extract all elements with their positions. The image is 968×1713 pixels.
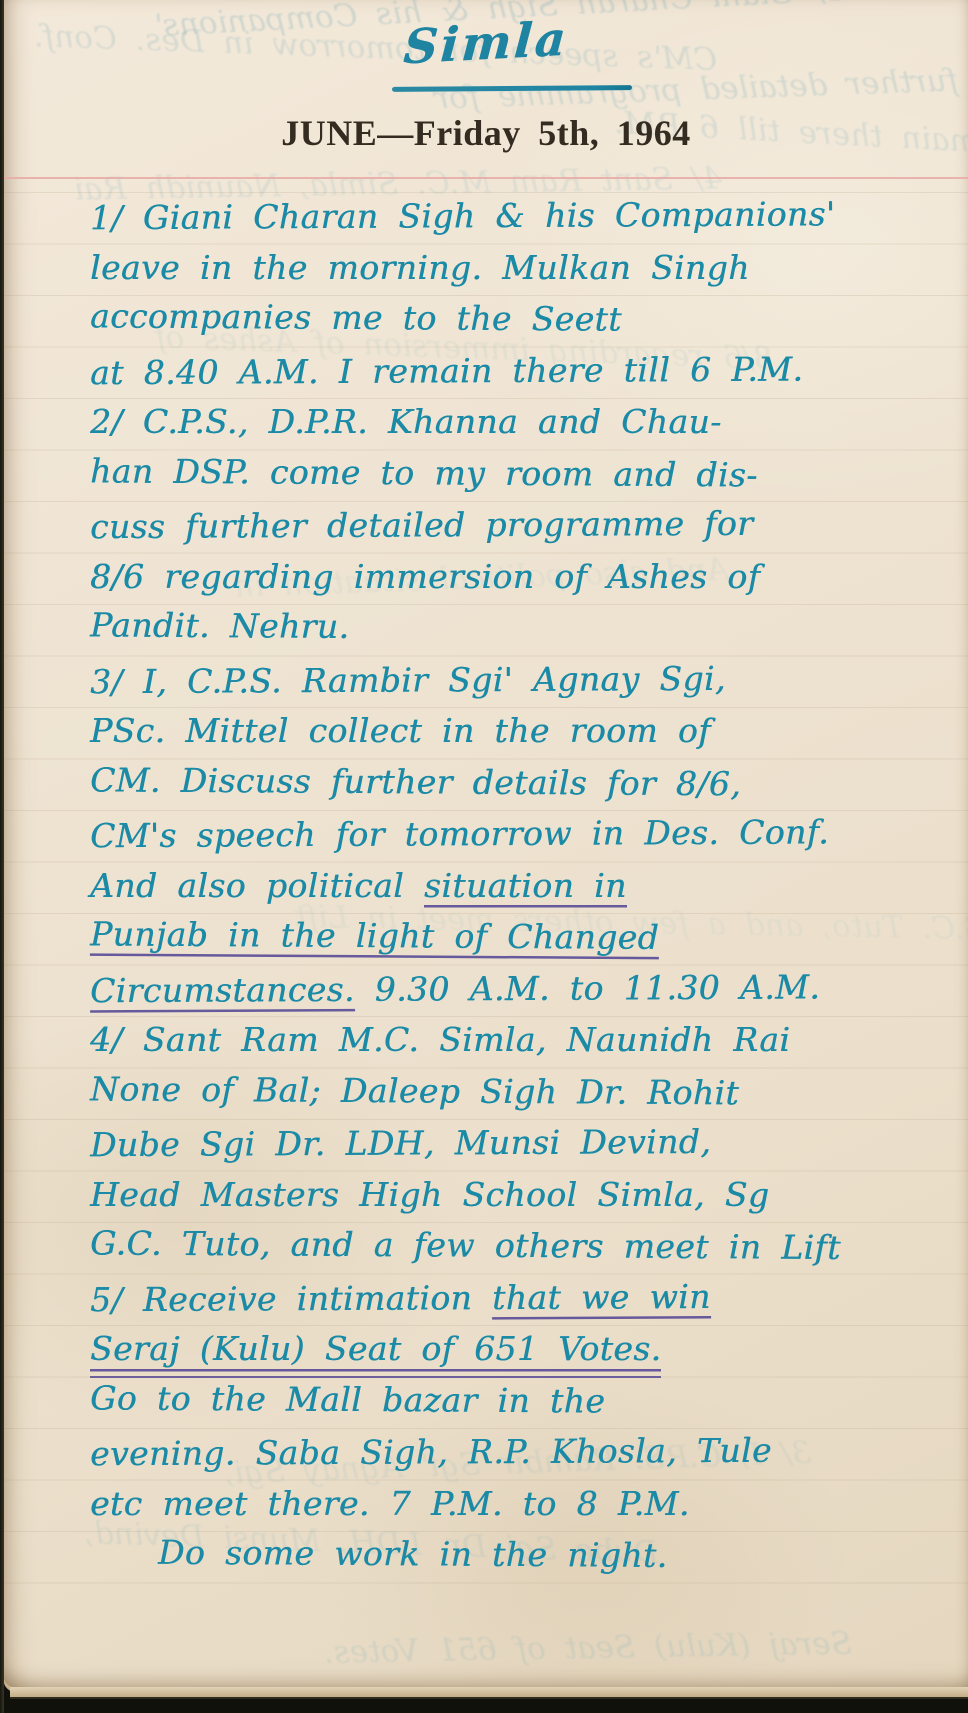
diary-text: Go to the Mall bazar in the bbox=[90, 1378, 605, 1420]
diary-body: 1/ Giani Charan Sigh & his Companions'le… bbox=[90, 190, 948, 1581]
handwritten-location-title: Simla bbox=[4, 0, 968, 96]
underlined-phrase: Circumstances. bbox=[90, 969, 355, 1014]
diary-line: evening. Saba Sigh, R.P. Khosla, Tule bbox=[90, 1424, 948, 1480]
printed-date-header: JUNE—Friday 5th, 1964 bbox=[4, 112, 968, 154]
diary-line: And also political situation in bbox=[90, 860, 948, 912]
diary-page-photo: 1/ Giani Charan Sigh & his Companions'CM… bbox=[0, 0, 968, 1713]
diary-line: Punjab in the light of Changed bbox=[90, 908, 948, 965]
diary-line: Head Masters High School Simla, Sg bbox=[90, 1169, 948, 1221]
diary-paper-page: 1/ Giani Charan Sigh & his Companions'CM… bbox=[4, 0, 968, 1692]
diary-text: evening. Saba Sigh, R.P. Khosla, Tule bbox=[90, 1431, 772, 1474]
diary-line: accompanies me to the Seett bbox=[90, 290, 948, 347]
diary-text: 1/ Giani Charan Sigh & his Companions' bbox=[90, 194, 836, 237]
diary-line: cuss further detailed programme for bbox=[90, 497, 948, 553]
diary-text: PSc. Mittel collect in the room of bbox=[90, 711, 711, 750]
diary-line: None of Bal; Daleep Sigh Dr. Rohit bbox=[90, 1063, 948, 1120]
diary-line: 5/ Receive intimation that we win bbox=[90, 1269, 948, 1325]
diary-text: 3/ I, C.P.S. Rambir Sgi' Agnay Sgi, bbox=[90, 658, 726, 700]
diary-text: 9.30 A.M. to 11.30 A.M. bbox=[355, 967, 821, 1008]
diary-line: 8/6 regarding immersion of Ashes of bbox=[90, 551, 948, 603]
diary-line: 2/ C.P.S., D.P.R. Khanna and Chau- bbox=[90, 396, 948, 448]
diary-text: Head Masters High School Simla, Sg bbox=[90, 1175, 769, 1214]
diary-text: 4/ Sant Ram M.C. Simla, Naunidh Rai bbox=[90, 1020, 790, 1059]
underlined-phrase: Punjab in the light of Changed bbox=[90, 914, 659, 961]
diary-text: Pandit. Nehru. bbox=[90, 605, 350, 646]
diary-text: accompanies me to the Seett bbox=[90, 296, 622, 338]
diary-text: Do some work in the night. bbox=[158, 1533, 668, 1575]
diary-line: Seraj (Kulu) Seat of 651 Votes. bbox=[90, 1323, 948, 1375]
diary-text: cuss further detailed programme for bbox=[90, 504, 753, 546]
diary-text: CM. Discuss further details for 8/6, bbox=[90, 760, 741, 803]
diary-text: G.C. Tuto, and a few others meet in Lift bbox=[90, 1223, 841, 1267]
ghost-text: Seraj (Kulu) Seat of 651 Votes. bbox=[324, 1625, 852, 1670]
page-bottom-edge bbox=[10, 1687, 968, 1697]
diary-line: han DSP. come to my room and dis- bbox=[90, 445, 948, 502]
diary-text: han DSP. come to my room and dis- bbox=[90, 451, 758, 494]
diary-text: 2/ C.P.S., D.P.R. Khanna and Chau- bbox=[90, 402, 722, 441]
diary-text: etc meet there. 7 P.M. to 8 P.M. bbox=[90, 1484, 690, 1523]
diary-line: etc meet there. 7 P.M. to 8 P.M. bbox=[90, 1478, 948, 1530]
diary-line: PSc. Mittel collect in the room of bbox=[90, 705, 948, 757]
diary-line: Circumstances. 9.30 A.M. to 11.30 A.M. bbox=[90, 960, 948, 1016]
title-underline-stroke bbox=[392, 85, 632, 92]
diary-line: 3/ I, C.P.S. Rambir Sgi' Agnay Sgi, bbox=[90, 651, 948, 707]
diary-line: 1/ Giani Charan Sigh & his Companions' bbox=[90, 188, 948, 244]
diary-text: at 8.40 A.M. I remain there till 6 P.M. bbox=[90, 349, 803, 392]
underlined-phrase: Seraj (Kulu) Seat of 651 Votes. bbox=[90, 1329, 661, 1378]
diary-text: None of Bal; Daleep Sigh Dr. Rohit bbox=[90, 1069, 739, 1112]
diary-line: CM's speech for tomorrow in Des. Conf. bbox=[90, 806, 948, 862]
diary-text: leave in the morning. Mulkan Singh bbox=[90, 248, 750, 287]
underlined-phrase: situation in bbox=[424, 866, 627, 910]
pink-margin-rule bbox=[4, 177, 968, 179]
diary-line: Pandit. Nehru. bbox=[90, 599, 948, 656]
diary-text: CM's speech for tomorrow in Des. Conf. bbox=[90, 812, 829, 855]
diary-text: 5/ Receive intimation bbox=[90, 1278, 492, 1319]
diary-line: leave in the morning. Mulkan Singh bbox=[90, 242, 948, 294]
diary-line: CM. Discuss further details for 8/6, bbox=[90, 754, 948, 811]
diary-text: Dube Sgi Dr. LDH, Munsi Devind, bbox=[90, 1122, 711, 1164]
diary-line: Go to the Mall bazar in the bbox=[90, 1372, 948, 1429]
diary-line: at 8.40 A.M. I remain there till 6 P.M. bbox=[90, 342, 948, 398]
diary-text: 8/6 regarding immersion of Ashes of bbox=[90, 557, 760, 596]
diary-line: 4/ Sant Ram M.C. Simla, Naunidh Rai bbox=[90, 1014, 948, 1066]
underlined-phrase: that we win bbox=[492, 1276, 711, 1321]
diary-line: G.C. Tuto, and a few others meet in Lift bbox=[90, 1217, 948, 1274]
diary-line: Do some work in the night. bbox=[90, 1526, 948, 1583]
diary-line: Dube Sgi Dr. LDH, Munsi Devind, bbox=[90, 1115, 948, 1171]
diary-text: And also political bbox=[90, 866, 424, 905]
